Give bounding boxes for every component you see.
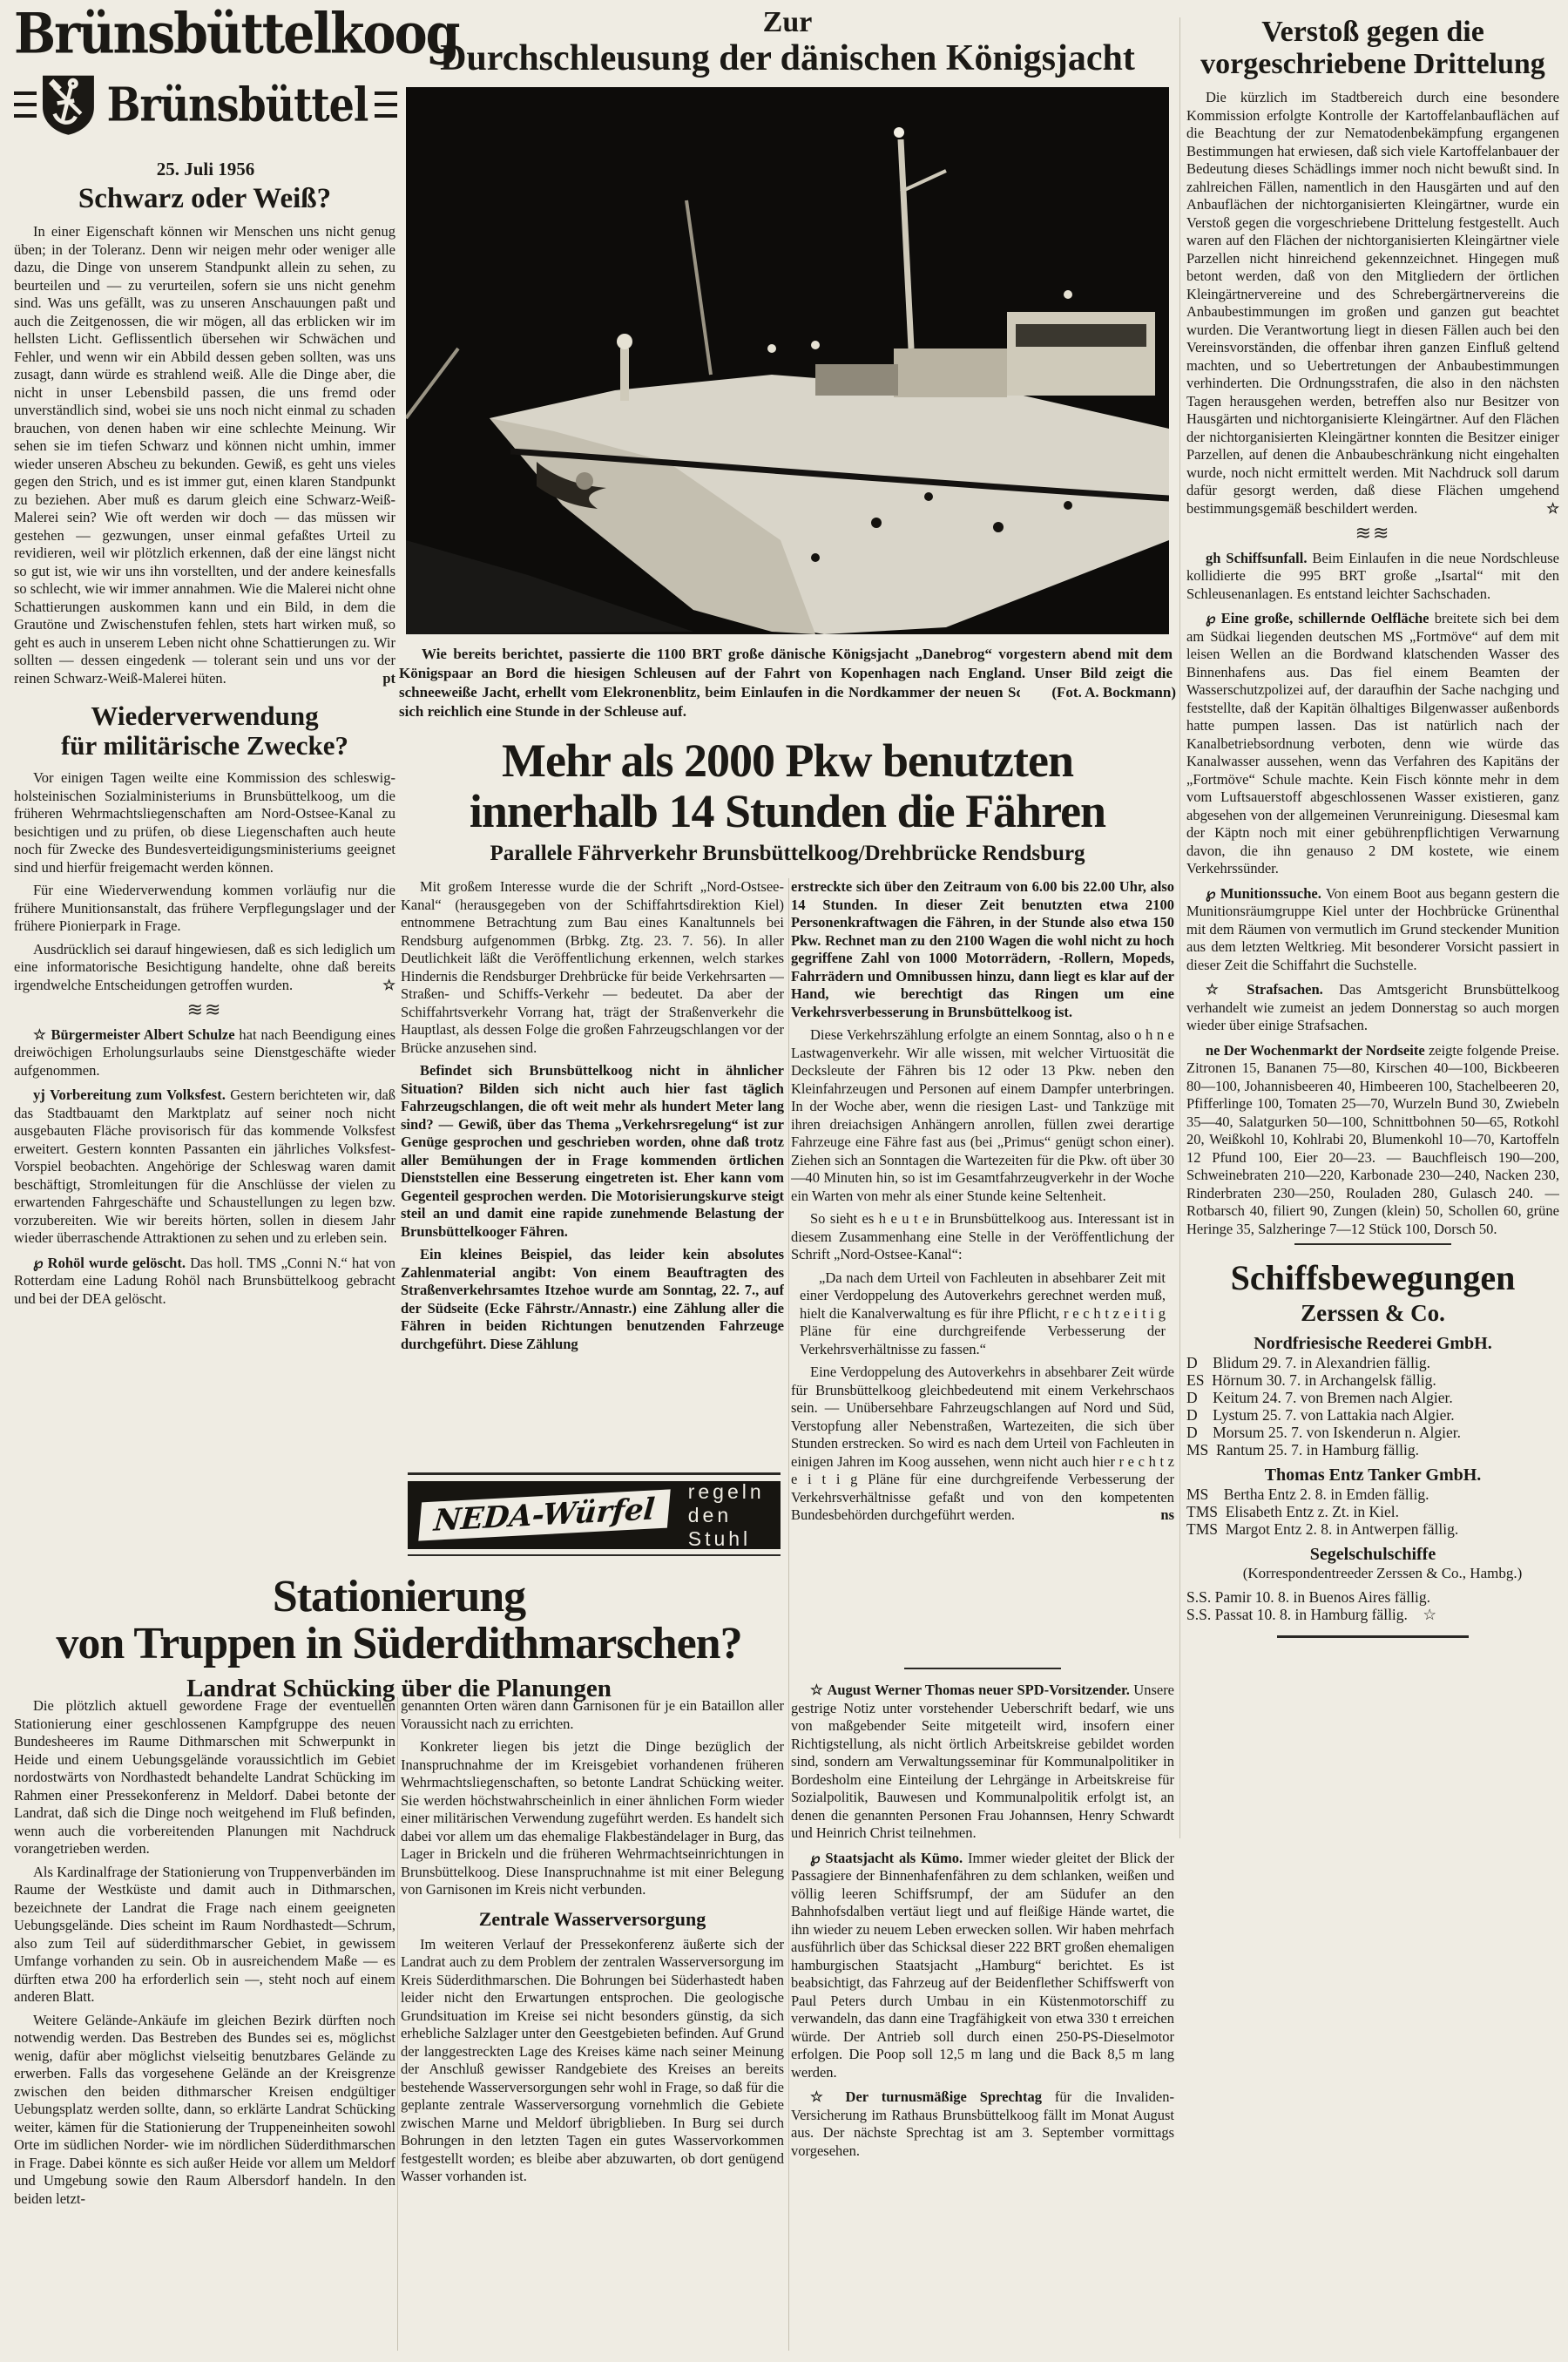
ferries-quote: „Da nach dem Urteil von Fachleuten in ab… bbox=[791, 1269, 1174, 1359]
masthead-flourish-left bbox=[14, 91, 37, 118]
column-rule bbox=[1179, 17, 1180, 1838]
ship-entry: S.S. Pamir 10. 8. in Buenos Aires fällig… bbox=[1186, 1588, 1559, 1606]
ferries-p1: Mit großem Interesse wurde die der Schri… bbox=[401, 878, 784, 1057]
star-mark-icon: ☆ bbox=[810, 1682, 823, 1698]
headline-verstoss-line1: Verstoß gegen die bbox=[1186, 16, 1559, 48]
brief-lead: Vorbereitung zum Volksfest. bbox=[50, 1086, 226, 1103]
brief-schiffsunfall: gh Schiffsunfall. Beim Einlaufen in die … bbox=[1186, 550, 1559, 604]
headline-wiederverwendung-line2: für militärische Zwecke? bbox=[14, 731, 395, 761]
ship-entry: MS Bertha Entz 2. 8. in Emden fällig. bbox=[1186, 1486, 1559, 1503]
brief-wochenmarkt: ne Der Wochenmarkt der Nordseite zeigte … bbox=[1186, 1042, 1559, 1239]
brief-text: Unsere gestrige Notiz unter vorstehender… bbox=[791, 1682, 1174, 1841]
correspondent-mark: yj bbox=[33, 1086, 45, 1103]
brief-rohoel: ℘ Rohöl wurde gelöscht. Das holl. TMS „C… bbox=[14, 1255, 395, 1309]
subhead-zentrale-wasserversorgung: Zentrale Wasserversorgung bbox=[401, 1908, 784, 1931]
article-reuse-p3-text: Ausdrücklich sei darauf hingewiesen, daß… bbox=[14, 941, 395, 993]
star-mark-icon: ☆ bbox=[33, 1026, 47, 1043]
brief-lead: Strafsachen. bbox=[1247, 981, 1323, 998]
brief-buergermeister: ☆ Bürgermeister Albert Schulze hat nach … bbox=[14, 1026, 395, 1080]
headline-wiederverwendung: Wiederverwendung für militärische Zwecke… bbox=[14, 701, 395, 761]
article-reuse-p2: Für eine Wiederverwendung kommen vorläuf… bbox=[14, 882, 395, 936]
article-verstoss-text: Die kürzlich im Stadtbereich durch eine … bbox=[1186, 89, 1559, 517]
brief-staatsjacht: ℘ Staatsjacht als Kümo. Immer wieder gle… bbox=[791, 1850, 1174, 2082]
brief-lead: Rohöl wurde gelöscht. bbox=[48, 1255, 186, 1271]
ferries-article-left-column: Mit großem Interesse wurde die der Schri… bbox=[401, 878, 784, 1464]
article-verstoss-body: Die kürzlich im Stadtbereich durch eine … bbox=[1186, 89, 1559, 518]
masthead: Brünsbüttelkoog Brünsbüttel 25. Juli 195… bbox=[14, 9, 397, 180]
ship-entry: ES Hörnum 30. 7. in Archangelsk fällig. bbox=[1186, 1371, 1559, 1389]
scribble-mark-icon: ℘ bbox=[1206, 885, 1216, 902]
koenigsjacht-night-photo bbox=[406, 87, 1169, 634]
ferries-article-right-column: erstreckte sich über den Zeitraum von 6.… bbox=[791, 878, 1174, 1658]
stationing-headline-block: Stationierung von Truppen in Süderdithma… bbox=[14, 1574, 784, 1703]
photo-credit: (Fot. A. Bockmann) bbox=[1020, 683, 1176, 702]
stationing-p1: Die plötzlich aktuell gewordene Frage de… bbox=[14, 1697, 395, 1858]
brief-text: Gestern berichteten wir, daß das Stadtba… bbox=[14, 1086, 395, 1246]
end-rule bbox=[1277, 1635, 1469, 1638]
shipping-group-segelschulschiffe: Segelschulschiffe bbox=[1186, 1545, 1559, 1565]
brief-lead: Staatsjacht als Kümo. bbox=[825, 1850, 963, 1866]
ship-entry: MS Rantum 25. 7. in Hamburg fällig. bbox=[1186, 1441, 1559, 1458]
headline-verstoss-line2: vorgeschriebene Drittelung bbox=[1186, 48, 1559, 80]
ad-slogan-line1: regeln bbox=[688, 1480, 781, 1504]
stationing-left-column: Die plötzlich aktuell gewordene Frage de… bbox=[14, 1697, 395, 2359]
photo-caption: Wie bereits berichtet, passierte die 110… bbox=[399, 645, 1176, 721]
ship-entry: D Morsum 25. 7. von Iskenderun n. Algier… bbox=[1186, 1424, 1559, 1441]
subhead-faehrverkehr: Parallele Fährverkehr Brunsbüttelkoog/Dr… bbox=[399, 842, 1176, 866]
ship-entry: TMS Margot Entz 2. 8. in Antwerpen fälli… bbox=[1186, 1520, 1559, 1538]
headline-kicker: Zur bbox=[399, 7, 1176, 38]
ship-entry: D Lystum 25. 7. von Lattakia nach Algier… bbox=[1186, 1406, 1559, 1424]
royal-yacht-feature: Zur Durchschleusung der dänischen Königs… bbox=[399, 7, 1176, 866]
article-reuse-p1: Vor einigen Tagen weilte eine Kommission… bbox=[14, 769, 395, 876]
star-mark-icon: ☆ bbox=[1206, 981, 1231, 998]
brief-munitionssuche: ℘ Munitionssuche. Von einem Boot aus beg… bbox=[1186, 885, 1559, 975]
ferries-p5: Diese Verkehrszählung erfolgte an einem … bbox=[791, 1026, 1174, 1205]
neda-wuerfel-ad: NEDA-Würfel regeln den Stuhl bbox=[408, 1481, 781, 1549]
shipping-subtitle: Zerssen & Co. bbox=[1186, 1300, 1559, 1327]
brief-strafsachen: ☆ Strafsachen. Das Amtsgericht Brunsbütt… bbox=[1186, 981, 1559, 1035]
article-reuse-p3: Ausdrücklich sei darauf hingewiesen, daß… bbox=[14, 941, 395, 995]
brief-text: zeigte folgende Preise. Zitronen 15, Ban… bbox=[1186, 1042, 1559, 1237]
brief-lead: Eine große, schillernde Oelfläche bbox=[1221, 610, 1429, 626]
ferries-p4: erstreckte sich über den Zeitraum von 6.… bbox=[791, 878, 1174, 1021]
headline-2000-pkw-line2: innerhalb 14 Stunden die Fähren bbox=[399, 786, 1176, 836]
brief-lead: Munitionssuche. bbox=[1220, 885, 1321, 902]
author-sign: pt bbox=[382, 670, 395, 688]
ship-entry: D Keitum 24. 7. von Bremen nach Algier. bbox=[1186, 1389, 1559, 1406]
ad-rule-bottom bbox=[408, 1554, 781, 1556]
stationing-p6: Im weiteren Verlauf der Pressekonferenz … bbox=[401, 1936, 784, 2186]
brief-lead: Schiffsunfall. bbox=[1226, 550, 1307, 566]
wave-divider-icon: ≋≋ bbox=[14, 1001, 395, 1019]
headline-stationierung-line2: von Truppen in Süderdithmarschen? bbox=[14, 1621, 784, 1668]
shipping-group-nordfriesische: Nordfriesische Reederei GmbH. bbox=[1186, 1334, 1559, 1354]
stationing-p4: genannten Orten wären dann Garnisonen fü… bbox=[401, 1697, 784, 1733]
newspaper-page: Brünsbüttelkoog Brünsbüttel 25. Juli 195… bbox=[0, 0, 1568, 2362]
ferries-p2: Befindet sich Brunsbüttelkoog nicht in ä… bbox=[401, 1062, 784, 1241]
scribble-mark-icon: ℘ bbox=[33, 1255, 44, 1271]
headline-2000-pkw: Mehr als 2000 Pkw benutzten innerhalb 14… bbox=[399, 735, 1176, 836]
column-1: Schwarz oder Weiß? In einer Eigenschaft … bbox=[14, 181, 395, 1574]
ferries-p7-text: Eine Verdoppelung des Autoverkehrs in ab… bbox=[791, 1364, 1174, 1523]
article-schwarz-body: In einer Eigenschaft können wir Menschen… bbox=[14, 223, 395, 687]
brief-lead: Der Wochenmarkt der Nordseite bbox=[1224, 1042, 1425, 1059]
headline-verstoss: Verstoß gegen die vorgeschriebene Dritte… bbox=[1186, 16, 1559, 80]
star-sign: ☆ bbox=[1546, 500, 1559, 518]
ship-entry: S.S. Passat 10. 8. in Hamburg fällig. ☆ bbox=[1186, 1606, 1559, 1623]
brief-text: Das Amtsgericht Brunsbüttelkoog verhande… bbox=[1186, 981, 1559, 1033]
correspondent-mark: gh bbox=[1206, 550, 1220, 566]
ferries-p6: So sieht es h e u t e in Brunsbüttelkoog… bbox=[791, 1210, 1174, 1264]
brief-oelflaeche: ℘ Eine große, schillernde Oelfläche brei… bbox=[1186, 610, 1559, 878]
stationing-p5: Konkreter liegen bis jetzt die Dinge bez… bbox=[401, 1738, 784, 1899]
column-3-briefs: ☆ August Werner Thomas neuer SPD-Vorsitz… bbox=[791, 1662, 1174, 2359]
issue-date: 25. Juli 1956 bbox=[14, 159, 397, 180]
brief-lead: Der turnusmäßige Sprechtag bbox=[846, 2088, 1042, 2105]
column-rule bbox=[788, 878, 789, 2351]
ferries-p3: Ein kleines Beispiel, das leider kein ab… bbox=[401, 1246, 784, 1353]
article-schwarz-text: In einer Eigenschaft können wir Menschen… bbox=[14, 223, 395, 687]
section-divider-rule bbox=[1294, 1243, 1451, 1245]
ad-slogan-line2: den Stuhl bbox=[688, 1504, 781, 1551]
star-mark-icon: ☆ bbox=[810, 2088, 833, 2105]
ship-entry: TMS Elisabeth Entz z. Zt. in Kiel. bbox=[1186, 1503, 1559, 1520]
scribble-mark-icon: ℘ bbox=[1206, 610, 1216, 626]
star-sign: ☆ bbox=[382, 977, 395, 995]
section-divider-rule bbox=[904, 1668, 1061, 1669]
ad-rule-top bbox=[408, 1472, 781, 1475]
brief-text: breitete sich bei dem am Südkai liegende… bbox=[1186, 610, 1559, 876]
author-sign: ns bbox=[1160, 1506, 1174, 1525]
city-crest-icon bbox=[40, 63, 97, 146]
brief-spd-vorsitzender: ☆ August Werner Thomas neuer SPD-Vorsitz… bbox=[791, 1682, 1174, 1843]
masthead-title-line1: Brünsbüttelkoog bbox=[14, 6, 397, 63]
brief-sprechtag: ☆ Der turnusmäßige Sprechtag für die Inv… bbox=[791, 2088, 1174, 2160]
ad-brand: NEDA-Würfel bbox=[418, 1489, 670, 1540]
stationing-p2: Als Kardinalfrage der Stationierung von … bbox=[14, 1864, 395, 2007]
masthead-title-line2: Brünsbüttel bbox=[107, 78, 368, 132]
stationing-right-column: genannten Orten wären dann Garnisonen fü… bbox=[401, 1697, 784, 2359]
brief-text: Immer wieder gleitet der Blick der Passa… bbox=[791, 1850, 1174, 2081]
wave-divider-icon: ≋≋ bbox=[1186, 525, 1559, 543]
headline-wiederverwendung-line1: Wiederverwendung bbox=[14, 701, 395, 731]
headline-2000-pkw-line1: Mehr als 2000 Pkw benutzten bbox=[399, 735, 1176, 786]
shipping-title: Schiffsbewegungen bbox=[1186, 1257, 1559, 1298]
headline-schwarz-oder-weiss: Schwarz oder Weiß? bbox=[14, 183, 395, 214]
column-rule bbox=[397, 1697, 398, 2351]
masthead-flourish-right bbox=[375, 91, 397, 118]
brief-lead: August Werner Thomas neuer SPD-Vorsitzen… bbox=[827, 1682, 1129, 1698]
scribble-mark-icon: ℘ bbox=[810, 1850, 821, 1866]
stationing-p3: Weitere Gelände-Ankäufe im gleichen Bezi… bbox=[14, 2012, 395, 2209]
shipping-group-thomas-entz: Thomas Entz Tanker GmbH. bbox=[1186, 1465, 1559, 1486]
shipping-group-note: (Korrespondentreeder Zerssen & Co., Hamb… bbox=[1186, 1565, 1559, 1583]
column-4: Verstoß gegen die vorgeschriebene Dritte… bbox=[1186, 16, 1559, 2020]
brief-volksfest: yj Vorbereitung zum Volksfest. Gestern b… bbox=[14, 1086, 395, 1248]
ship-entry: D Blidum 29. 7. in Alexandrien fällig. bbox=[1186, 1354, 1559, 1371]
ad-slogan: regeln den Stuhl bbox=[688, 1480, 781, 1551]
ferries-p7: Eine Verdoppelung des Autoverkehrs in ab… bbox=[791, 1364, 1174, 1525]
headline-stationierung-line1: Stationierung bbox=[14, 1574, 784, 1621]
headline-durchschleusung: Durchschleusung der dänischen Königsjach… bbox=[399, 38, 1176, 78]
correspondent-mark: ne bbox=[1206, 1042, 1220, 1059]
brief-lead: Bürgermeister Albert Schulze bbox=[51, 1026, 234, 1043]
